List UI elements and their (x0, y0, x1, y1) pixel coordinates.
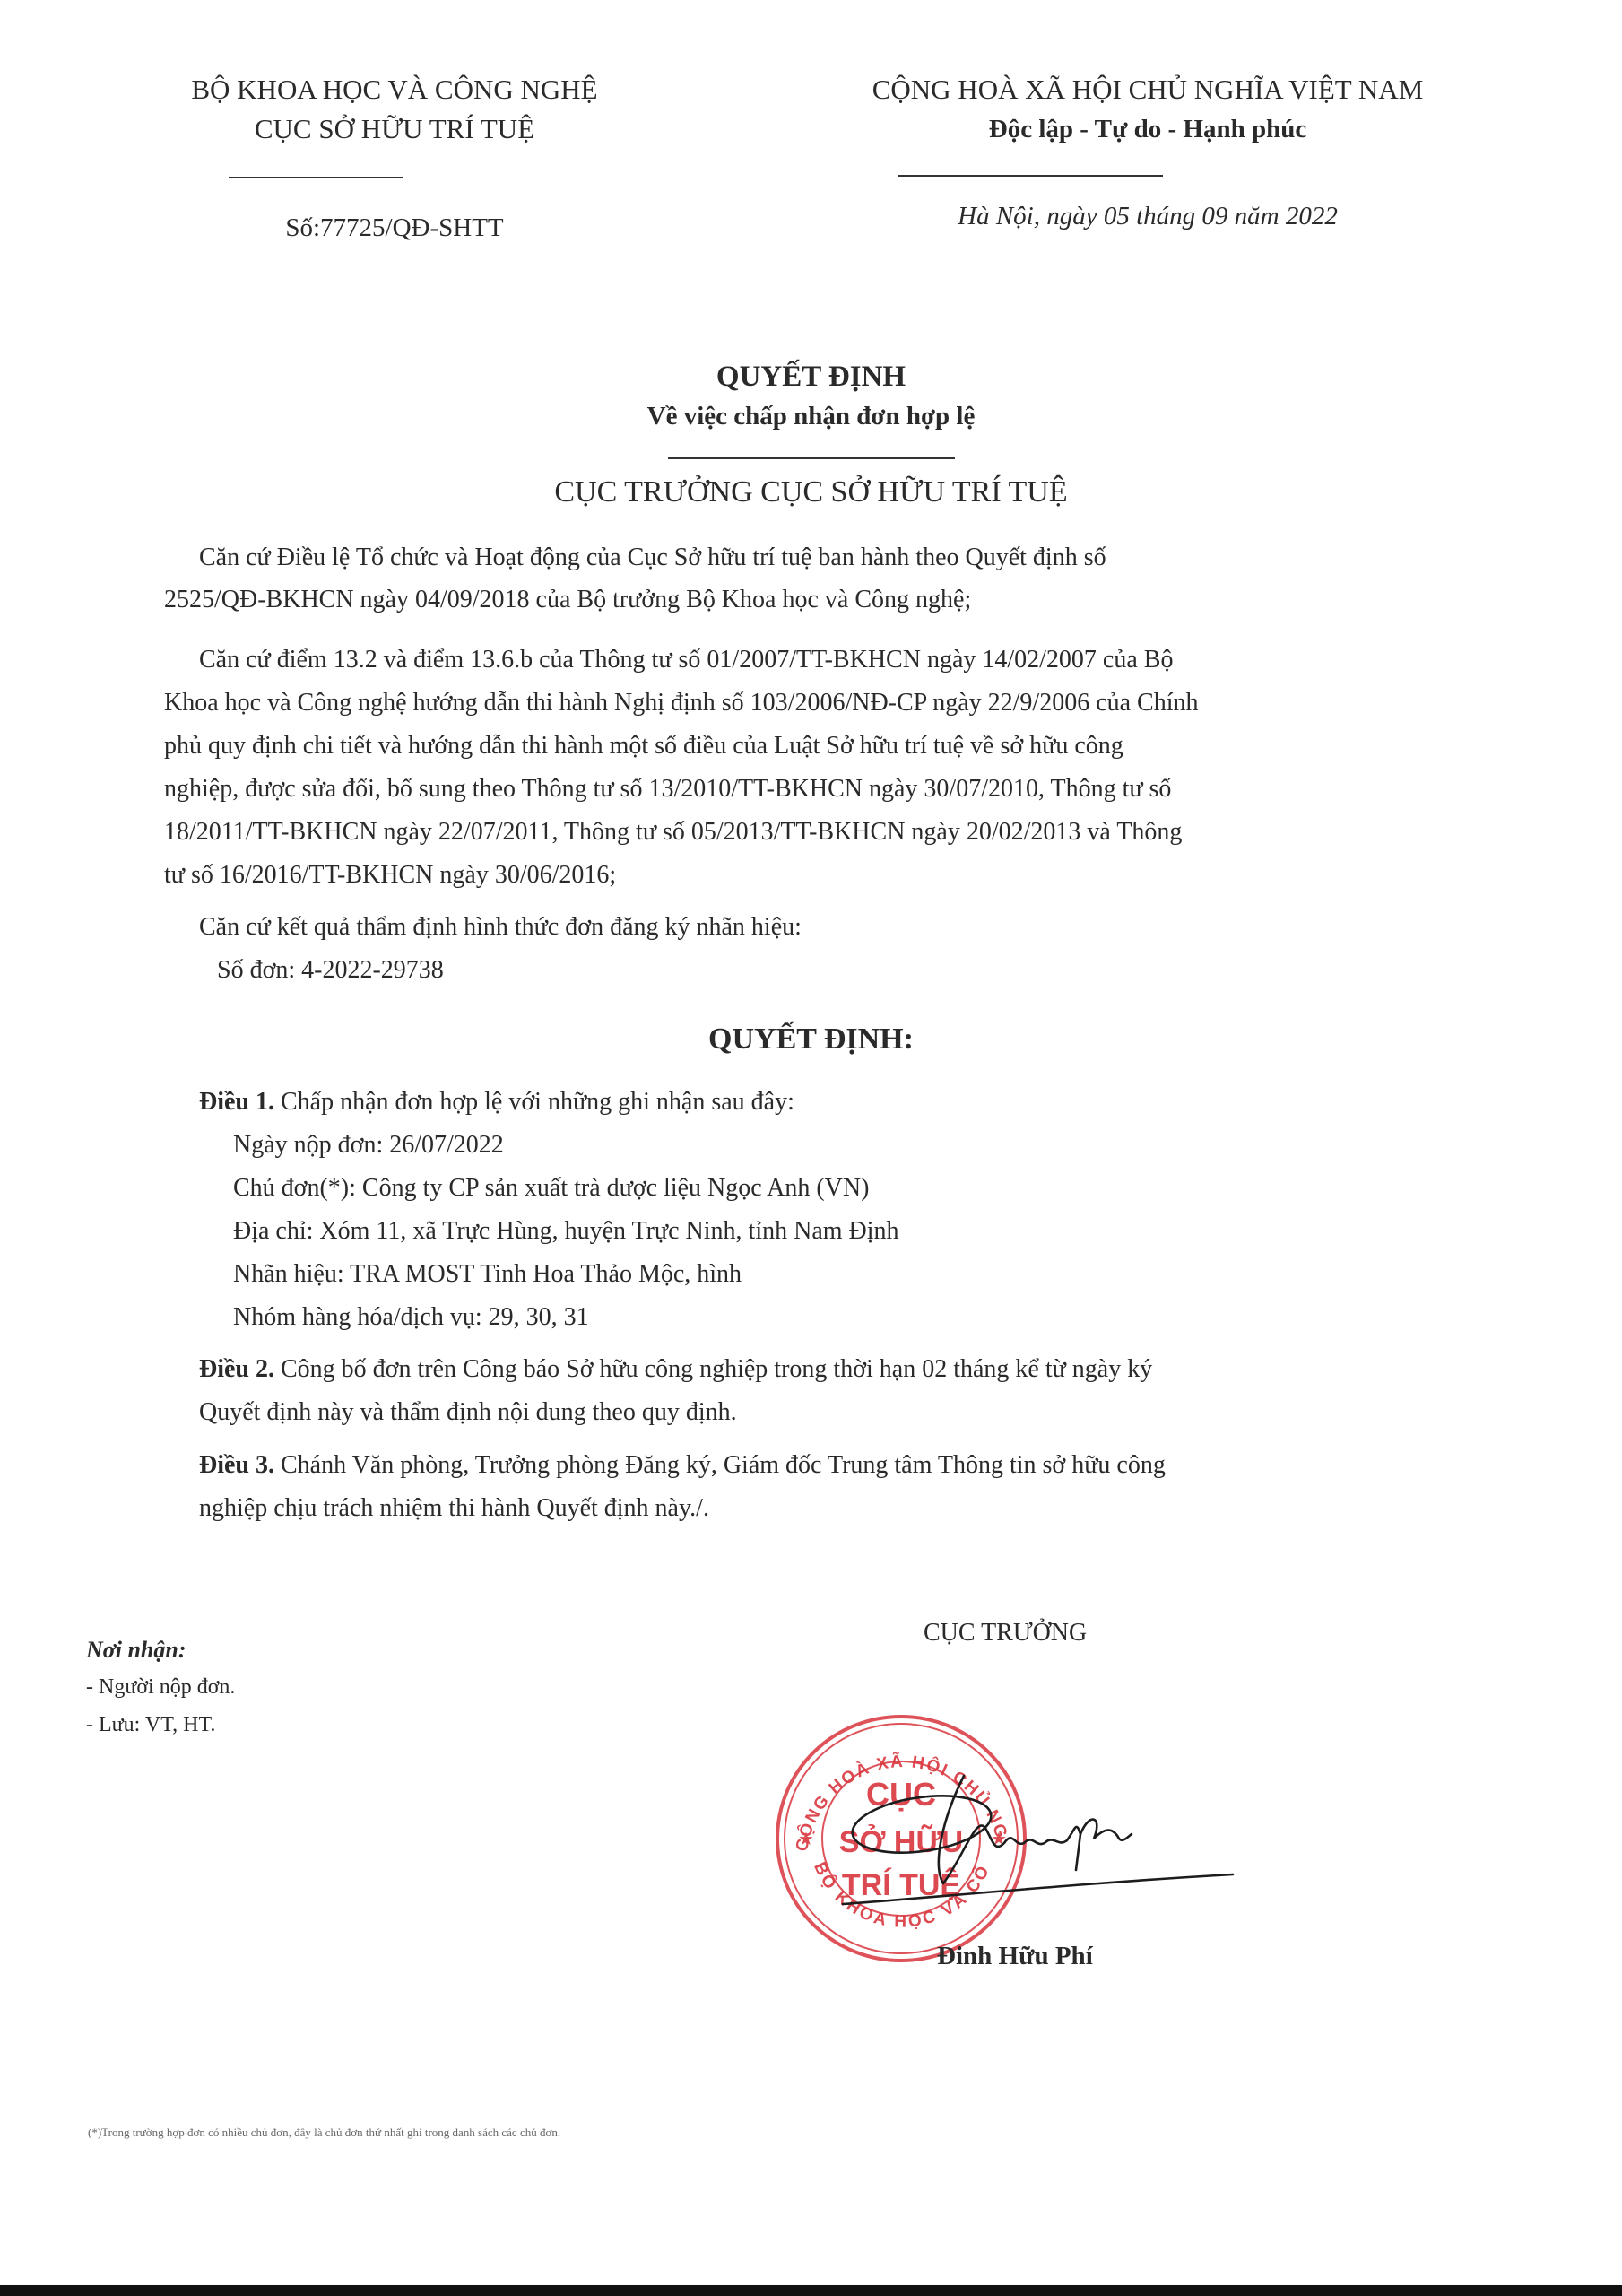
article-1-label: Điều 1. (199, 1088, 274, 1116)
article-2-text: Công bố đơn trên Công báo Sở hữu công ng… (274, 1355, 1152, 1383)
preamble-line: Căn cứ điểm 13.2 và điểm 13.6.b của Thôn… (199, 639, 1173, 681)
preamble-line: phủ quy định chi tiết và hướng dẫn thi h… (164, 725, 1123, 767)
issuing-authority: CỤC TRƯỞNG CỤC SỞ HỮU TRÍ TUỆ (0, 475, 1622, 509)
signatory-title: CỤC TRƯỞNG (924, 1619, 1087, 1648)
filing-date: Ngày nộp đơn: 26/07/2022 (233, 1124, 504, 1166)
article-1: Điều 1. Chấp nhận đơn hợp lệ với những g… (199, 1081, 794, 1123)
article-2: Điều 2. Công bố đơn trên Công báo Sở hữu… (199, 1348, 1152, 1390)
decision-heading: QUYẾT ĐỊNH: (0, 1022, 1622, 1057)
goods-services-classes: Nhóm hàng hóa/dịch vụ: 29, 30, 31 (233, 1296, 589, 1338)
header-left-rule (229, 177, 403, 178)
article-3-continued: nghiệp chịu trách nhiệm thi hành Quyết đ… (199, 1487, 709, 1529)
preamble-line: tư số 16/2016/TT-BKHCN ngày 30/06/2016; (164, 854, 616, 896)
recipient-item: - Người nộp đơn. (86, 1675, 235, 1700)
page-bottom-border (0, 2285, 1622, 2296)
article-3-text: Chánh Văn phòng, Trưởng phòng Đăng ký, G… (274, 1451, 1166, 1479)
signatory-name: Đinh Hữu Phí (937, 1942, 1093, 1971)
agency-name: CỤC SỞ HỮU TRÍ TUỆ (117, 109, 672, 149)
document-number: Số:77725/QĐ-SHTT (117, 213, 672, 243)
recipient-item: - Lưu: VT, HT. (86, 1713, 215, 1737)
recipients-label: Nơi nhận: (86, 1637, 186, 1664)
preamble-line: Khoa học và Công nghệ hướng dẫn thi hành… (164, 682, 1199, 724)
place-date: Hà Nội, ngày 05 tháng 09 năm 2022 (789, 202, 1506, 231)
document-subject: Về việc chấp nhận đơn hợp lệ (0, 402, 1622, 431)
ministry-name: BỘ KHOA HỌC VÀ CÔNG NGHỆ (117, 70, 672, 109)
nation-name: CỘNG HOÀ XÃ HỘI CHỦ NGHĨA VIỆT NAM (789, 70, 1506, 109)
footnote: (*)Trong trường hợp đơn có nhiều chủ đơn… (88, 2126, 560, 2140)
article-2-continued: Quyết định này và thẩm định nội dung the… (199, 1391, 737, 1433)
applicant-address: Địa chỉ: Xóm 11, xã Trực Hùng, huyện Trự… (233, 1210, 899, 1252)
preamble-line: Căn cứ Điều lệ Tổ chức và Hoạt động của … (199, 536, 1106, 578)
article-3-label: Điều 3. (199, 1451, 274, 1479)
document-title: QUYẾT ĐỊNH (0, 361, 1622, 394)
applicant: Chủ đơn(*): Công ty CP sản xuất trà dược… (233, 1167, 869, 1209)
preamble-line: Căn cứ kết quả thẩm định hình thức đơn đ… (199, 906, 802, 948)
handwritten-signature-icon (807, 1758, 1255, 1919)
application-number: Số đơn: 4-2022-29738 (217, 949, 444, 991)
article-2-label: Điều 2. (199, 1355, 274, 1383)
article-3: Điều 3. Chánh Văn phòng, Trưởng phòng Đă… (199, 1444, 1166, 1486)
header-right-rule (898, 175, 1163, 177)
article-1-text: Chấp nhận đơn hợp lệ với những ghi nhận … (274, 1088, 794, 1116)
title-rule (668, 457, 955, 459)
preamble-line: nghiệp, được sửa đổi, bổ sung theo Thông… (164, 768, 1171, 810)
preamble-line: 18/2011/TT-BKHCN ngày 22/07/2011, Thông … (164, 811, 1182, 853)
national-motto: Độc lập - Tự do - Hạnh phúc (789, 109, 1506, 149)
trademark: Nhãn hiệu: TRA MOST Tinh Hoa Thảo Mộc, h… (233, 1253, 742, 1295)
preamble-line: 2525/QĐ-BKHCN ngày 04/09/2018 của Bộ trư… (164, 578, 971, 621)
